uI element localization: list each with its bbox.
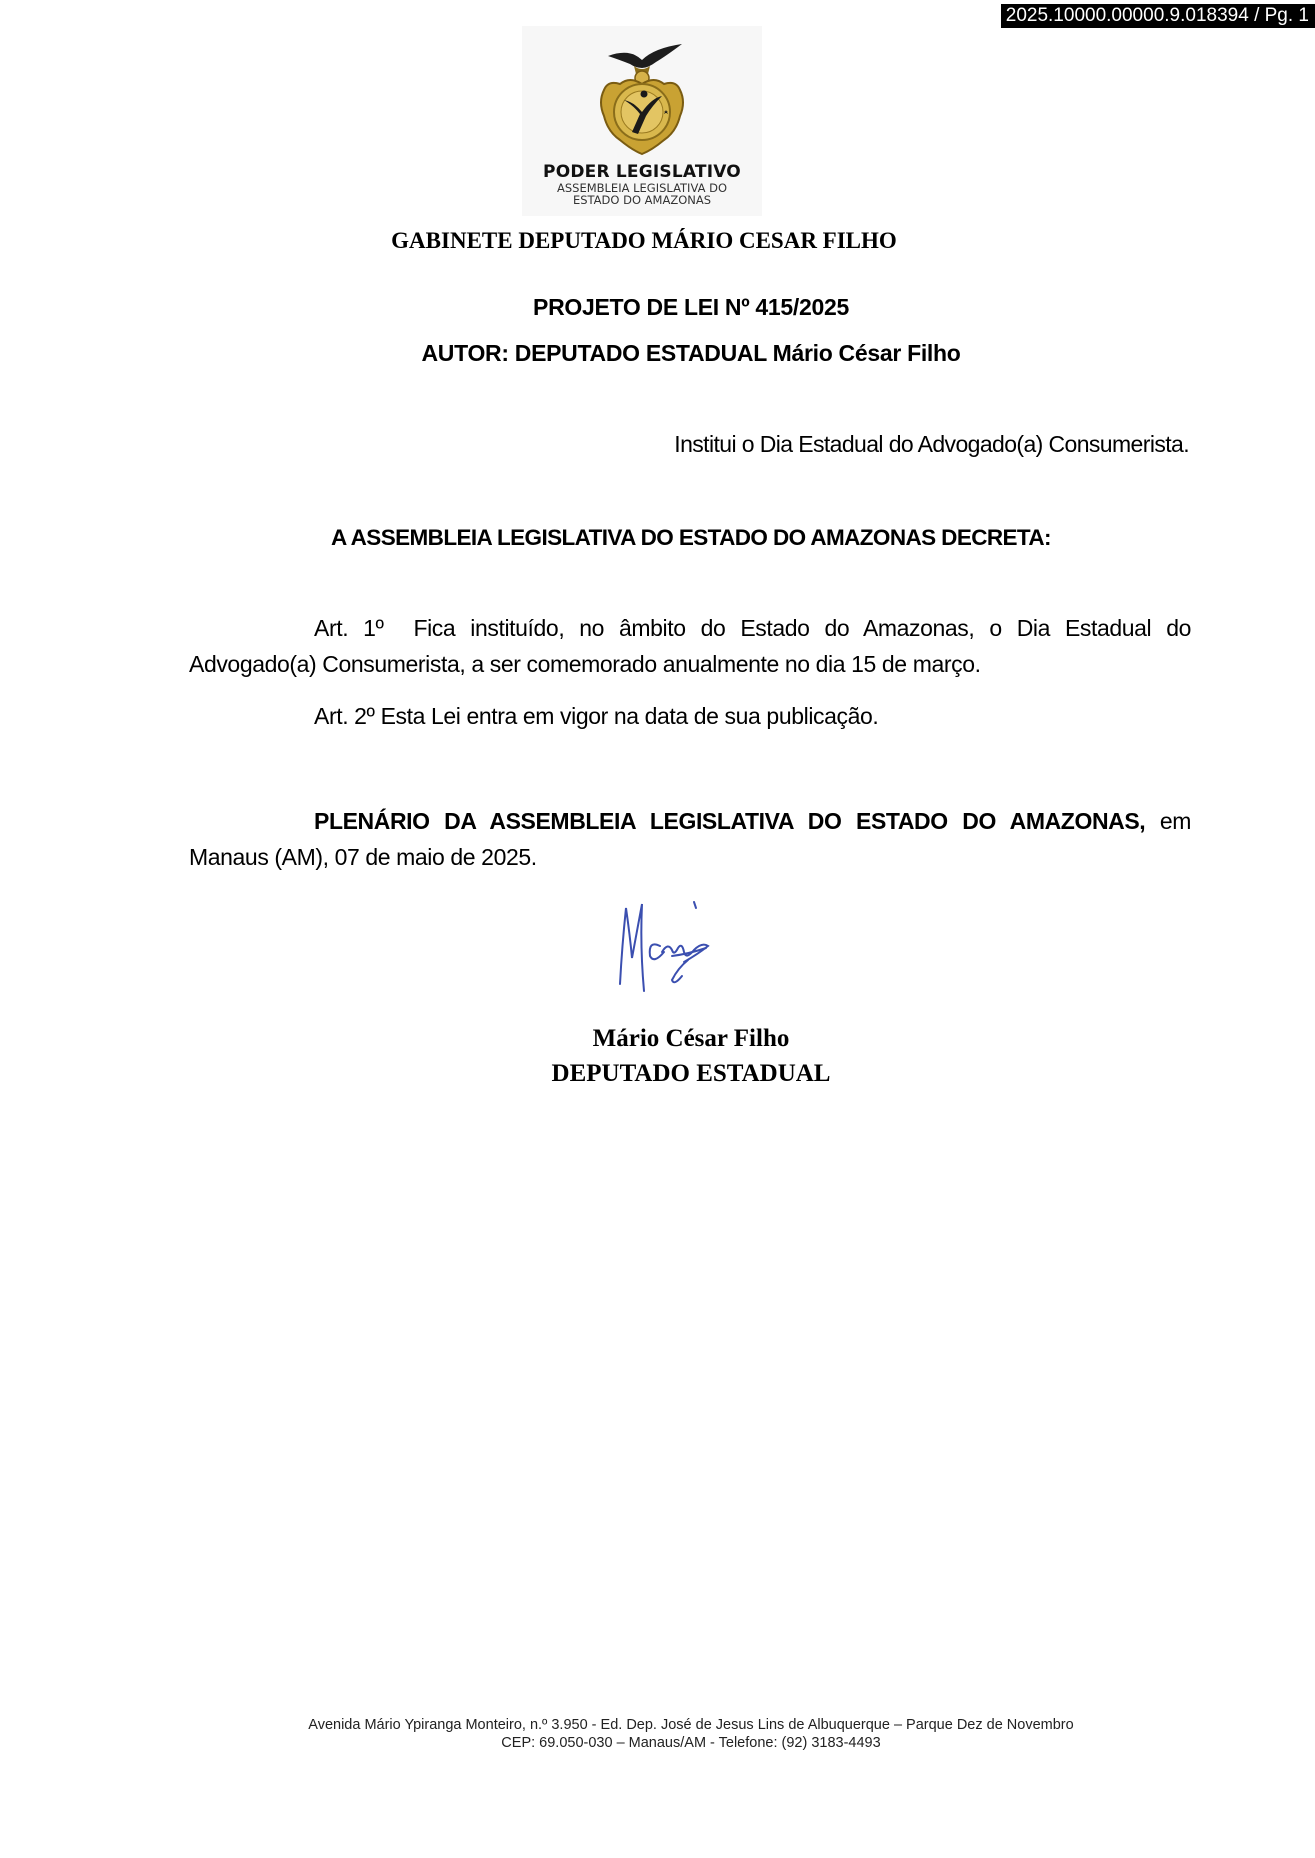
closing-paragraph: PLENÁRIO DA ASSEMBLEIA LEGISLATIVA DO ES… [189, 803, 1191, 875]
footer-address: Avenida Mário Ypiranga Monteiro, n.º 3.9… [0, 1716, 1315, 1752]
article-2-text: Esta Lei entra em vigor na data de sua p… [381, 703, 879, 729]
article-1-label: Art. 1º [314, 615, 384, 641]
document-id-badge: 2025.10000.00000.9.018394 / Pg. 1 [1001, 4, 1315, 28]
logo-subtitle-line2: ESTADO DO AMAZONAS [573, 193, 711, 207]
article-1: Art. 1º Fica instituído, no âmbito do Es… [189, 610, 1191, 682]
logo-title: PODER LEGISLATIVO [522, 162, 762, 182]
article-2: Art. 2º Esta Lei entra em vigor na data … [189, 698, 1191, 734]
legislative-logo: PODER LEGISLATIVO ASSEMBLEIA LEGISLATIVA… [522, 26, 762, 216]
logo-subtitle: ASSEMBLEIA LEGISLATIVA DO ESTADO DO AMAZ… [522, 182, 762, 206]
office-heading: GABINETE DEPUTADO MÁRIO CESAR FILHO [0, 228, 1288, 254]
footer-address-line2: CEP: 69.050-030 – Manaus/AM - Telefone: … [501, 1735, 880, 1751]
decree-heading: A ASSEMBLEIA LEGISLATIVA DO ESTADO DO AM… [0, 525, 1315, 551]
bill-author: AUTOR: DEPUTADO ESTADUAL Mário César Fil… [0, 340, 1315, 367]
signatory-role: DEPUTADO ESTADUAL [0, 1060, 1315, 1088]
signatory-name: Mário César Filho [0, 1025, 1315, 1053]
bill-number-title: PROJETO DE LEI Nº 415/2025 [0, 294, 1315, 321]
closing-bold: PLENÁRIO DA ASSEMBLEIA LEGISLATIVA DO ES… [314, 808, 1145, 834]
article-2-label: Art. 2º [314, 703, 375, 729]
bill-ementa: Institui o Dia Estadual do Advogado(a) C… [674, 431, 1189, 458]
handwritten-signature-icon [612, 896, 742, 996]
amazonas-coat-of-arms-icon [590, 44, 694, 156]
footer-address-line1: Avenida Mário Ypiranga Monteiro, n.º 3.9… [308, 1717, 1073, 1733]
